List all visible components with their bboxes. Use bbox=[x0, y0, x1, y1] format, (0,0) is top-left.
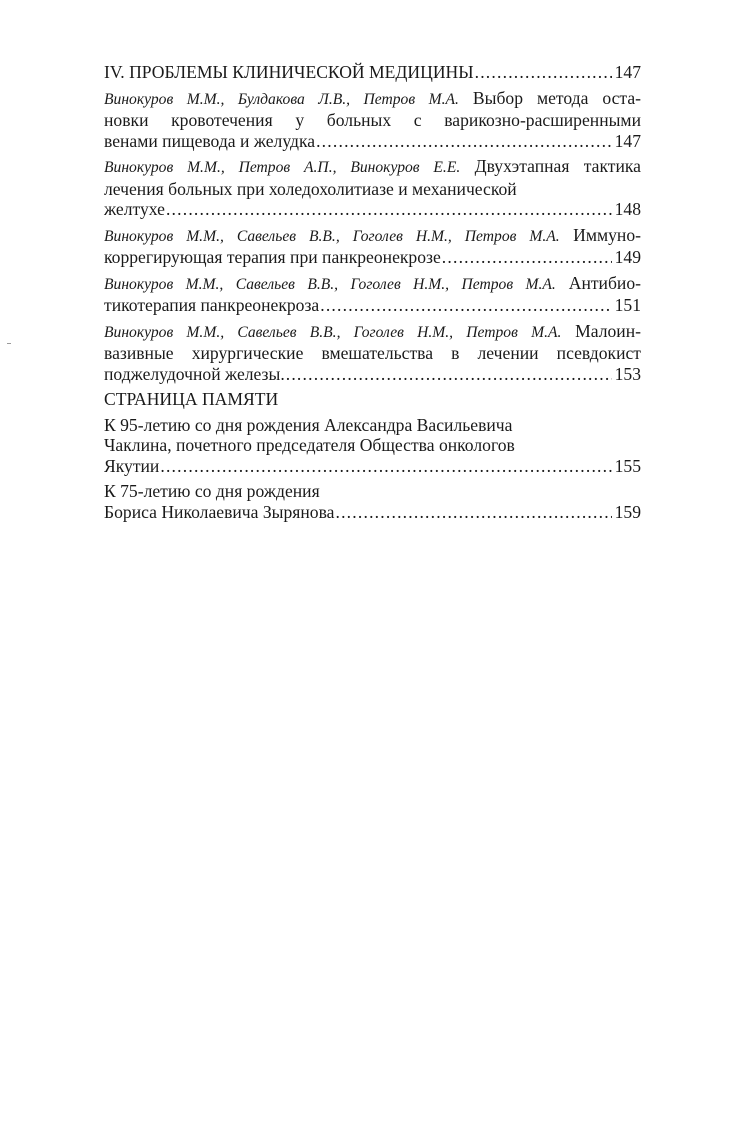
toc-entry: Винокуров М.М., Петров А.П., Винокуров Е… bbox=[104, 156, 641, 220]
entry-line: вазивные хирургические вмешательства в л… bbox=[104, 343, 641, 364]
entry-first-line: Винокуров М.М., Савельев В.В., Гоголев Н… bbox=[104, 273, 641, 296]
entry-first-line: Винокуров М.М., Булдакова Л.В., Петров М… bbox=[104, 88, 641, 111]
entry-line: новки кровотечения у больных с варикозно… bbox=[104, 110, 641, 131]
dot-leader bbox=[160, 456, 611, 477]
page-number: 147 bbox=[615, 62, 641, 83]
page-number: 155 bbox=[615, 456, 641, 477]
dot-leader bbox=[475, 62, 612, 83]
entry-last-line: коррегирующая терапия при панкреонекрозе… bbox=[104, 247, 641, 268]
entry-last-line: тикотерапия панкреонекроза 151 bbox=[104, 295, 641, 316]
toc-entry: Винокуров М.М., Булдакова Л.В., Петров М… bbox=[104, 88, 641, 152]
entry-line: лечения больных при холедохолитиазе и ме… bbox=[104, 179, 641, 200]
section-title: IV. ПРОБЛЕМЫ КЛИНИЧЕСКОЙ МЕДИЦИНЫ bbox=[104, 62, 474, 83]
entry-last-line: Якутии 155 bbox=[104, 456, 641, 477]
page-number: 148 bbox=[615, 199, 641, 220]
page-number: 153 bbox=[615, 364, 641, 385]
dot-leader bbox=[335, 502, 611, 523]
entry-authors: Винокуров М.М., Савельев В.В., Гоголев Н… bbox=[104, 228, 560, 245]
section-title: СТРАНИЦА ПАМЯТИ bbox=[104, 389, 278, 409]
toc-entry: Винокуров М.М., Савельев В.В., Гоголев Н… bbox=[104, 273, 641, 316]
entry-authors: Винокуров М.М., Савельев В.В., Гоголев Н… bbox=[104, 276, 556, 293]
entry-authors: Винокуров М.М., Савельев В.В., Гоголев Н… bbox=[104, 324, 561, 341]
entry-authors: Винокуров М.М., Петров А.П., Винокуров Е… bbox=[104, 159, 460, 176]
page-number: 159 bbox=[615, 502, 641, 523]
entry-last-line: Бориса Николаевича Зырянова 159 bbox=[104, 502, 641, 523]
table-of-contents: IV. ПРОБЛЕМЫ КЛИНИЧЕСКОЙ МЕДИЦИНЫ 147 Ви… bbox=[104, 62, 641, 527]
section-heading-memorial: СТРАНИЦА ПАМЯТИ bbox=[104, 389, 641, 410]
entry-line: К 95-летию со дня рождения Александра Ва… bbox=[104, 415, 641, 436]
entry-last-line: желтухе 148 bbox=[104, 199, 641, 220]
entry-first-line: Винокуров М.М., Петров А.П., Винокуров Е… bbox=[104, 156, 641, 179]
dot-leader bbox=[166, 199, 612, 220]
dot-leader bbox=[442, 247, 612, 268]
dot-leader bbox=[316, 131, 612, 152]
entry-line: К 75-летию со дня рождения bbox=[104, 481, 641, 502]
dot-leader bbox=[320, 295, 611, 316]
page-number: 147 bbox=[615, 131, 641, 152]
entry-last-line: поджелудочной железы. 153 bbox=[104, 364, 641, 385]
dot-leader bbox=[286, 364, 612, 385]
toc-entry: К 75-летию со дня рождения Бориса Никола… bbox=[104, 481, 641, 522]
scan-margin-mark bbox=[7, 343, 11, 344]
entry-authors: Винокуров М.М., Булдакова Л.В., Петров М… bbox=[104, 91, 459, 108]
toc-entry: Винокуров М.М., Савельев В.В., Гоголев Н… bbox=[104, 321, 641, 385]
section-heading-clinical-medicine: IV. ПРОБЛЕМЫ КЛИНИЧЕСКОЙ МЕДИЦИНЫ 147 bbox=[104, 62, 641, 83]
toc-entry: Винокуров М.М., Савельев В.В., Гоголев Н… bbox=[104, 225, 641, 268]
entry-line: Чаклина, почетного председателя Общества… bbox=[104, 435, 641, 456]
page-number: 151 bbox=[615, 295, 641, 316]
entry-first-line: Винокуров М.М., Савельев В.В., Гоголев Н… bbox=[104, 321, 641, 344]
entry-first-line: Винокуров М.М., Савельев В.В., Гоголев Н… bbox=[104, 225, 641, 248]
page-number: 149 bbox=[615, 247, 641, 268]
entry-last-line: венами пищевода и желудка 147 bbox=[104, 131, 641, 152]
toc-entry: К 95-летию со дня рождения Александра Ва… bbox=[104, 415, 641, 477]
